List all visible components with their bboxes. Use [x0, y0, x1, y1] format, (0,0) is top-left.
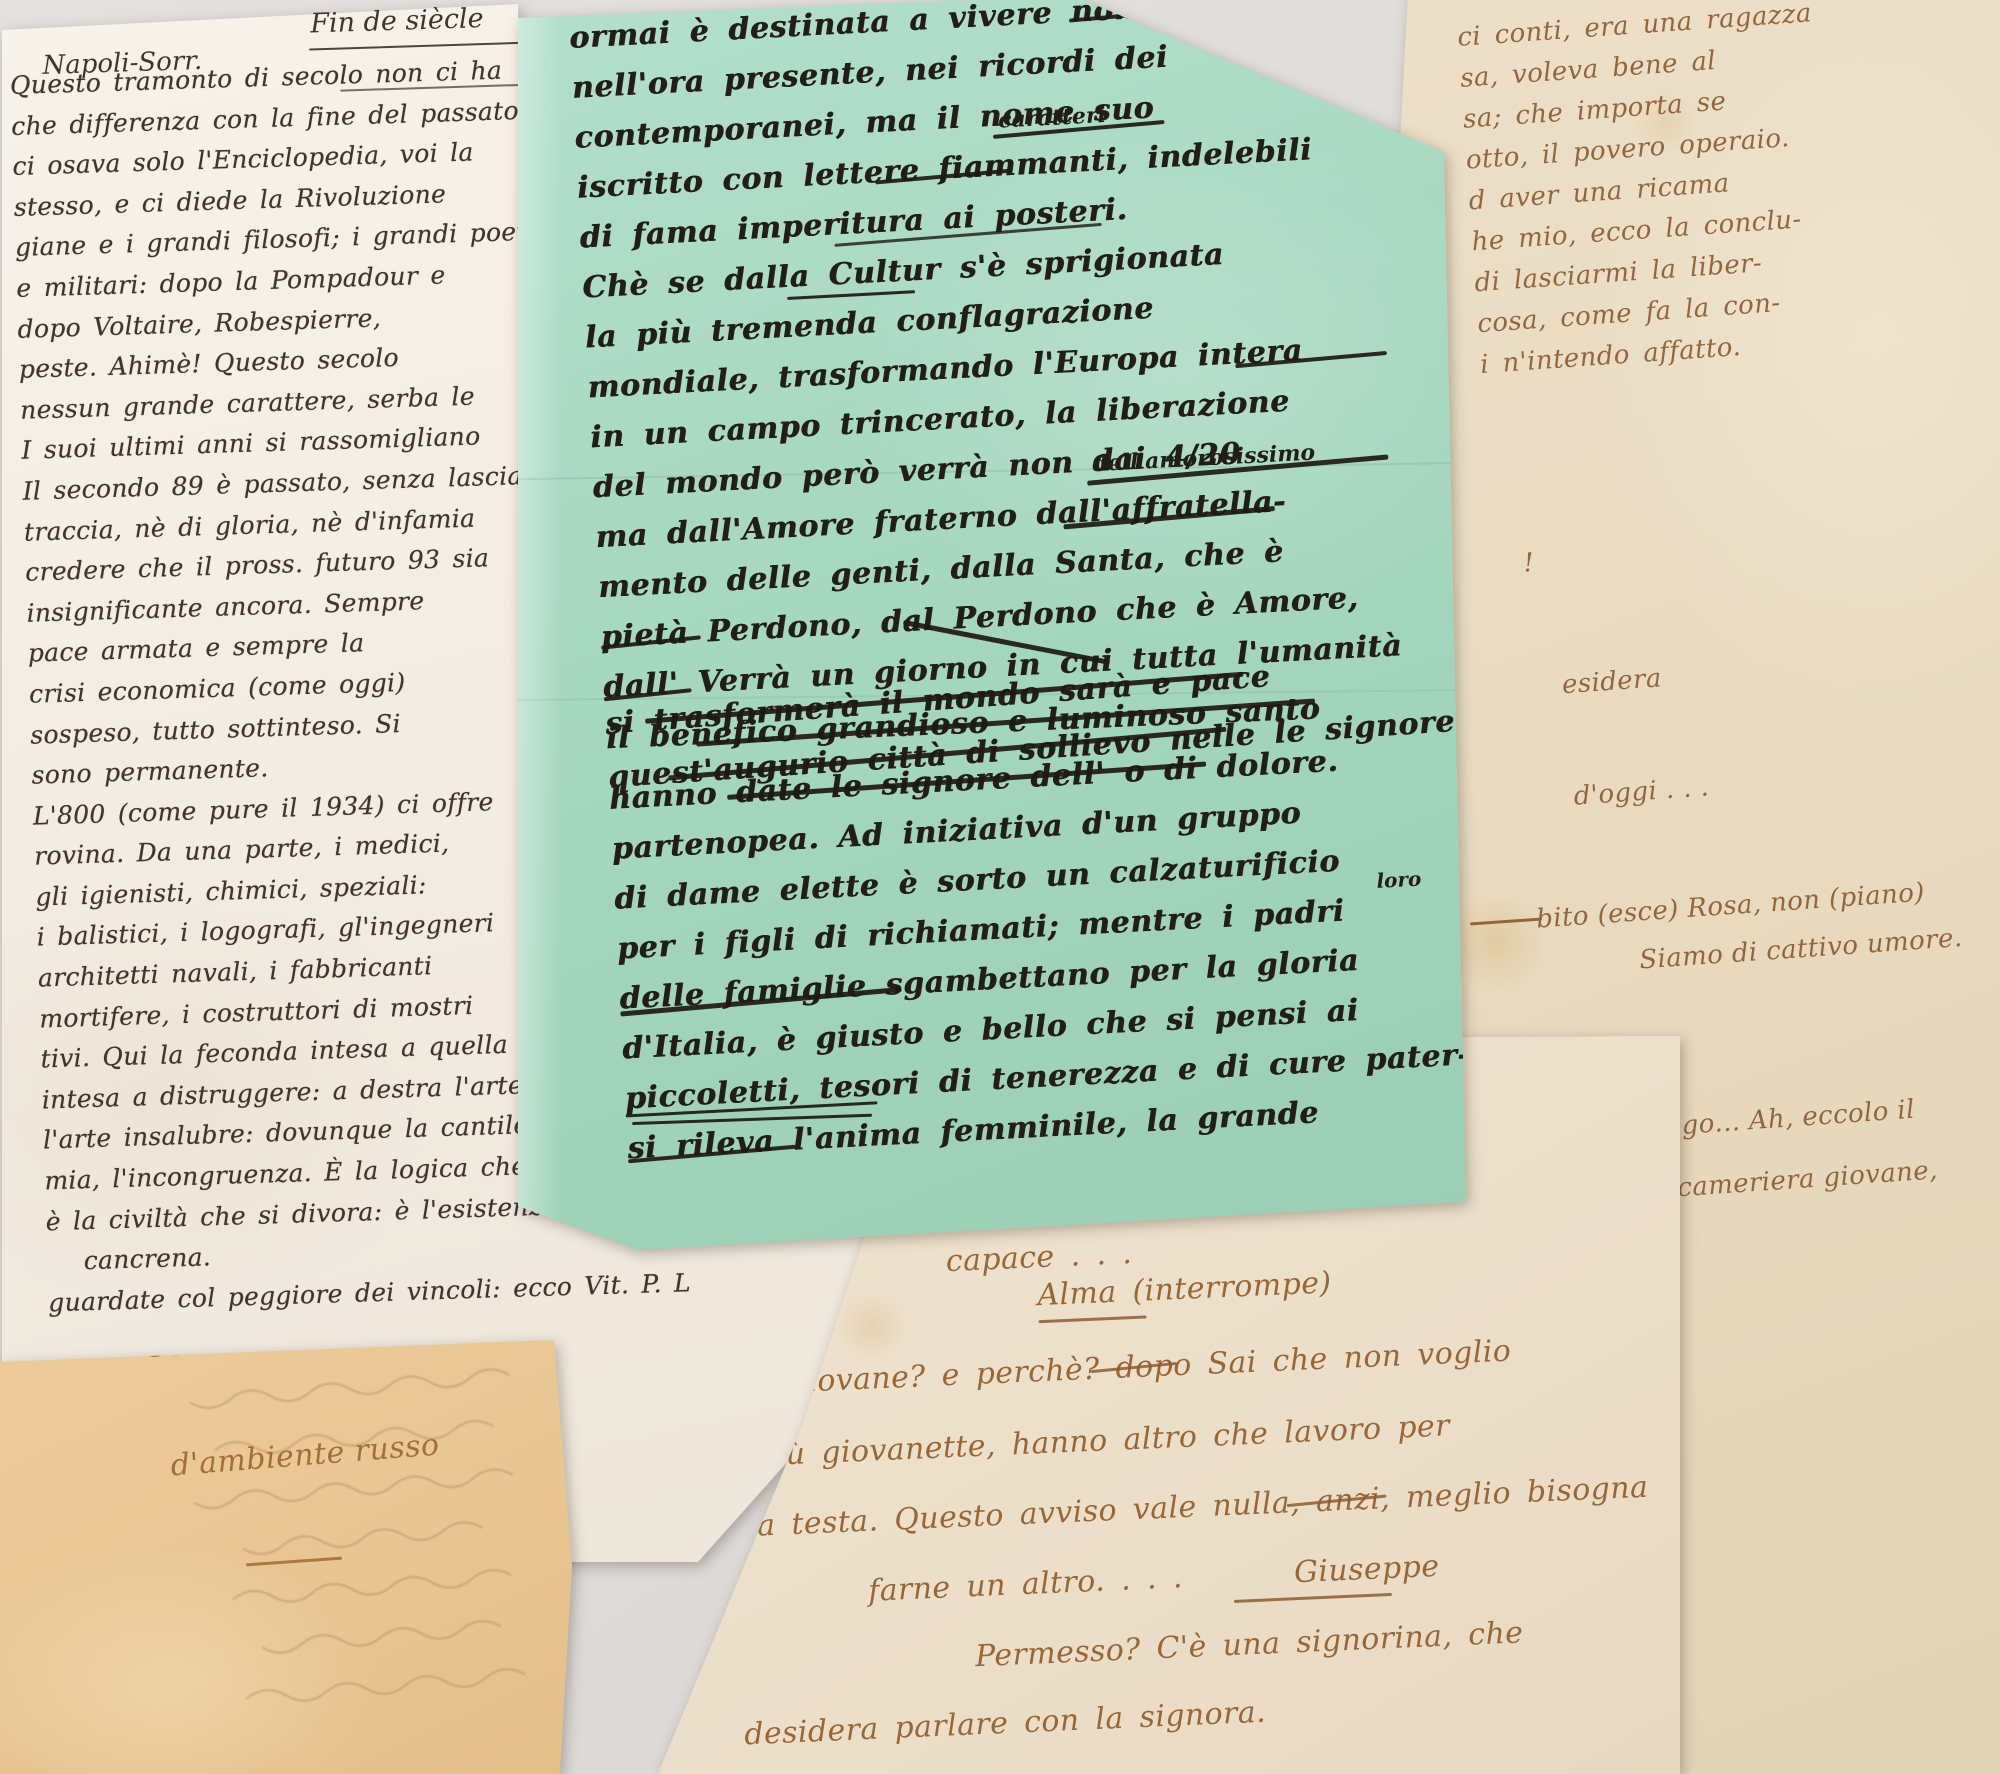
handwritten-line: Giovane? e perchè? dopo Sai che non vogl… — [782, 1334, 1512, 1401]
handwritten-line: esidera — [1561, 663, 1663, 700]
tan-note-text: Seconda novellad'ambiente russo — [0, 1290, 613, 1773]
handwritten-line: la testa. Questo avviso vale nulla, anzi… — [746, 1470, 1648, 1544]
heading-place: Napoli-Sorr. — [42, 46, 203, 81]
handwritten-line: farne un altro. . . . Giuseppe — [867, 1549, 1440, 1609]
tan-note-paper: Seconda novellad'ambiente russo — [0, 1336, 580, 1774]
handwritten-line: d'oggi . . . — [1573, 772, 1710, 811]
handwritten-line: ! — [1522, 548, 1535, 579]
green-page-text: ormai è destinata a vivere non solonell'… — [568, 0, 1528, 1174]
handwritten-line: più giovanette, hanno altro che lavoro p… — [755, 1408, 1450, 1473]
heading-title: Fin de siècle — [310, 3, 484, 39]
handwritten-line: Permesso? C'è una signorina, che — [974, 1615, 1524, 1674]
handwritten-line: Siamo di cattivo umore. — [1638, 923, 1963, 976]
handwritten-line: bito (esce) Rosa, non (piano) — [1535, 878, 1925, 935]
manuscript-collage: { "photo": { "background_color": "#dedbd… — [0, 0, 2000, 1774]
ink-underline — [309, 41, 545, 50]
handwritten-line: desidera parlare con la signora. — [744, 1695, 1267, 1753]
tan-note: Seconda novellad'ambiente russo — [0, 1336, 580, 1774]
green-page-paper: ormai è destinata a vivere non solonell'… — [516, 0, 1472, 1258]
green-page: ormai è destinata a vivere non solonell'… — [516, 0, 1472, 1258]
handwritten-line: d'ambiente russo — [169, 1427, 440, 1483]
